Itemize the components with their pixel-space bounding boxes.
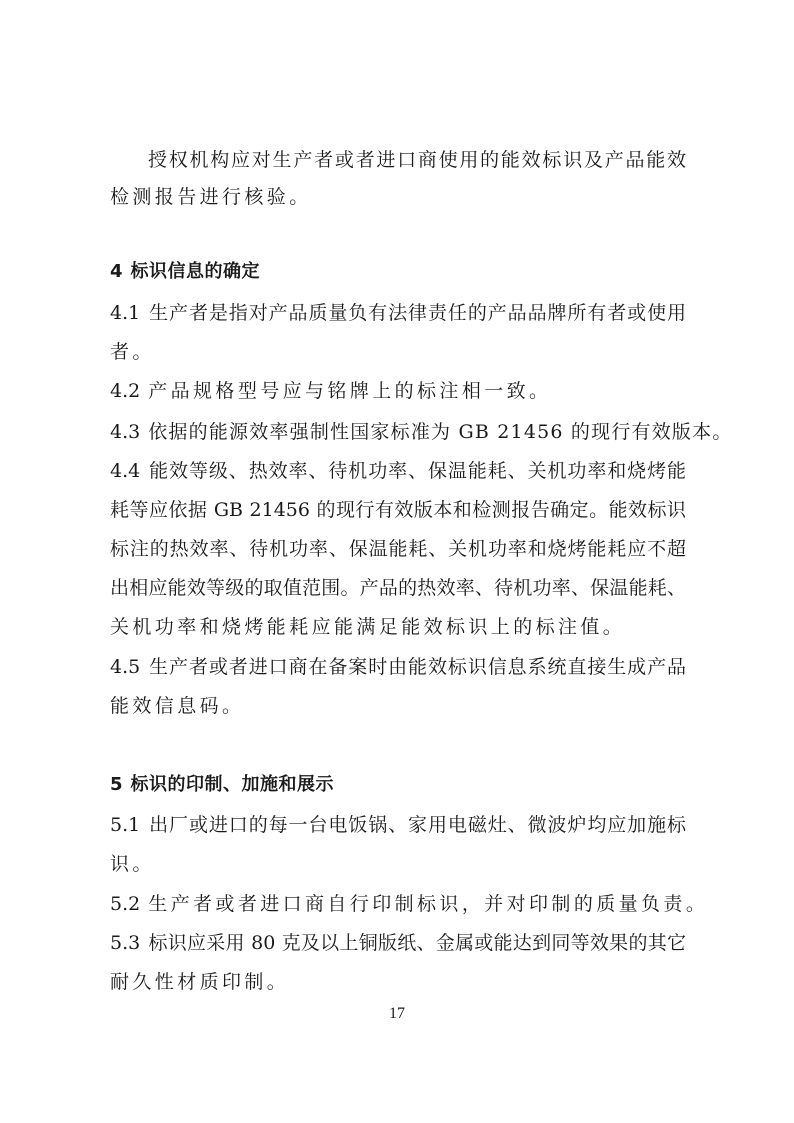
clause-4-1-line-1: 4.1生产者是指对产品质量负有法律责任的产品品牌所有者或使用: [110, 299, 686, 327]
clause-4-5-line-2: 能效信息码。: [110, 692, 686, 720]
section-5-number: 5: [110, 774, 123, 795]
clause-5-3-line-1: 5.3标识应采用 80 克及以上铜版纸、金属或能达到同等效果的其它: [110, 929, 686, 957]
page-number: 17: [0, 1002, 794, 1026]
intro-line-2: 检测报告进行核验。: [110, 183, 686, 211]
clause-text: 产品规格型号应与铭牌上的标注相一致。: [148, 380, 551, 402]
clause-4-4-line-3: 标注的热效率、待机功率、保温能耗、关机功率和烧烤能耗应不超: [110, 535, 686, 563]
clause-text: 标识应采用 80 克及以上铜版纸、金属或能达到同等效果的其它: [148, 932, 686, 954]
clause-4-4-line-1: 4.4能效等级、热效率、待机功率、保温能耗、关机功率和烧烤能: [110, 457, 686, 485]
clause-4-1-line-2: 者。: [110, 338, 686, 366]
section-4-title: 标识信息的确定: [131, 261, 261, 282]
clause-4-2-line-1: 4.2产品规格型号应与铭牌上的标注相一致。: [110, 377, 686, 405]
section-5-title: 标识的印制、加施和展示: [131, 774, 335, 795]
clause-text: 生产者或者进口商自行印制标识，并对印制的质量负责。: [148, 893, 708, 915]
clause-4-4-line-2: 耗等应依据 GB 21456 的现行有效版本和检测报告确定。能效标识: [110, 496, 686, 524]
clause-number: 5.2: [110, 893, 140, 915]
document-page: 授权机构应对生产者或者进口商使用的能效标识及产品能效 检测报告进行核验。 4标识…: [0, 0, 794, 1123]
clause-5-1-line-2: 识。: [110, 850, 686, 878]
clause-5-3-line-2: 耐久性材质印制。: [110, 968, 686, 996]
intro-line-1: 授权机构应对生产者或者进口商使用的能效标识及产品能效: [148, 146, 686, 174]
clause-text: 生产者或者进口商在备案时由能效标识信息系统直接生成产品: [148, 656, 686, 678]
section-5-heading: 5标识的印制、加施和展示: [110, 771, 686, 799]
clause-text: 生产者是指对产品质量负有法律责任的产品品牌所有者或使用: [148, 302, 686, 324]
clause-number: 4.3: [110, 421, 140, 443]
clause-5-1-line-1: 5.1出厂或进口的每一台电饭锅、家用电磁灶、微波炉均应加施标: [110, 811, 686, 839]
section-4-heading: 4标识信息的确定: [110, 258, 686, 286]
clause-text: 出厂或进口的每一台电饭锅、家用电磁灶、微波炉均应加施标: [148, 814, 686, 836]
clause-number: 5.1: [110, 814, 140, 836]
clause-4-3-line-1: 4.3依据的能源效率强制性国家标准为 GB 21456 的现行有效版本。: [110, 418, 686, 446]
clause-4-5-line-1: 4.5生产者或者进口商在备案时由能效标识信息系统直接生成产品: [110, 653, 686, 681]
clause-number: 4.4: [110, 460, 140, 482]
clause-4-4-line-5: 关机功率和烧烤能耗应能满足能效标识上的标注值。: [110, 613, 686, 641]
clause-text: 能效等级、热效率、待机功率、保温能耗、关机功率和烧烤能: [148, 460, 686, 482]
clause-4-4-line-4: 出相应能效等级的取值范围。产品的热效率、待机功率、保温能耗、: [110, 574, 686, 602]
clause-number: 4.5: [110, 656, 140, 678]
clause-number: 4.1: [110, 302, 140, 324]
clause-number: 4.2: [110, 380, 140, 402]
section-4-number: 4: [110, 261, 123, 282]
clause-text: 依据的能源效率强制性国家标准为 GB 21456 的现行有效版本。: [148, 421, 732, 443]
clause-5-2-line-1: 5.2生产者或者进口商自行印制标识，并对印制的质量负责。: [110, 890, 686, 918]
clause-number: 5.3: [110, 932, 140, 954]
